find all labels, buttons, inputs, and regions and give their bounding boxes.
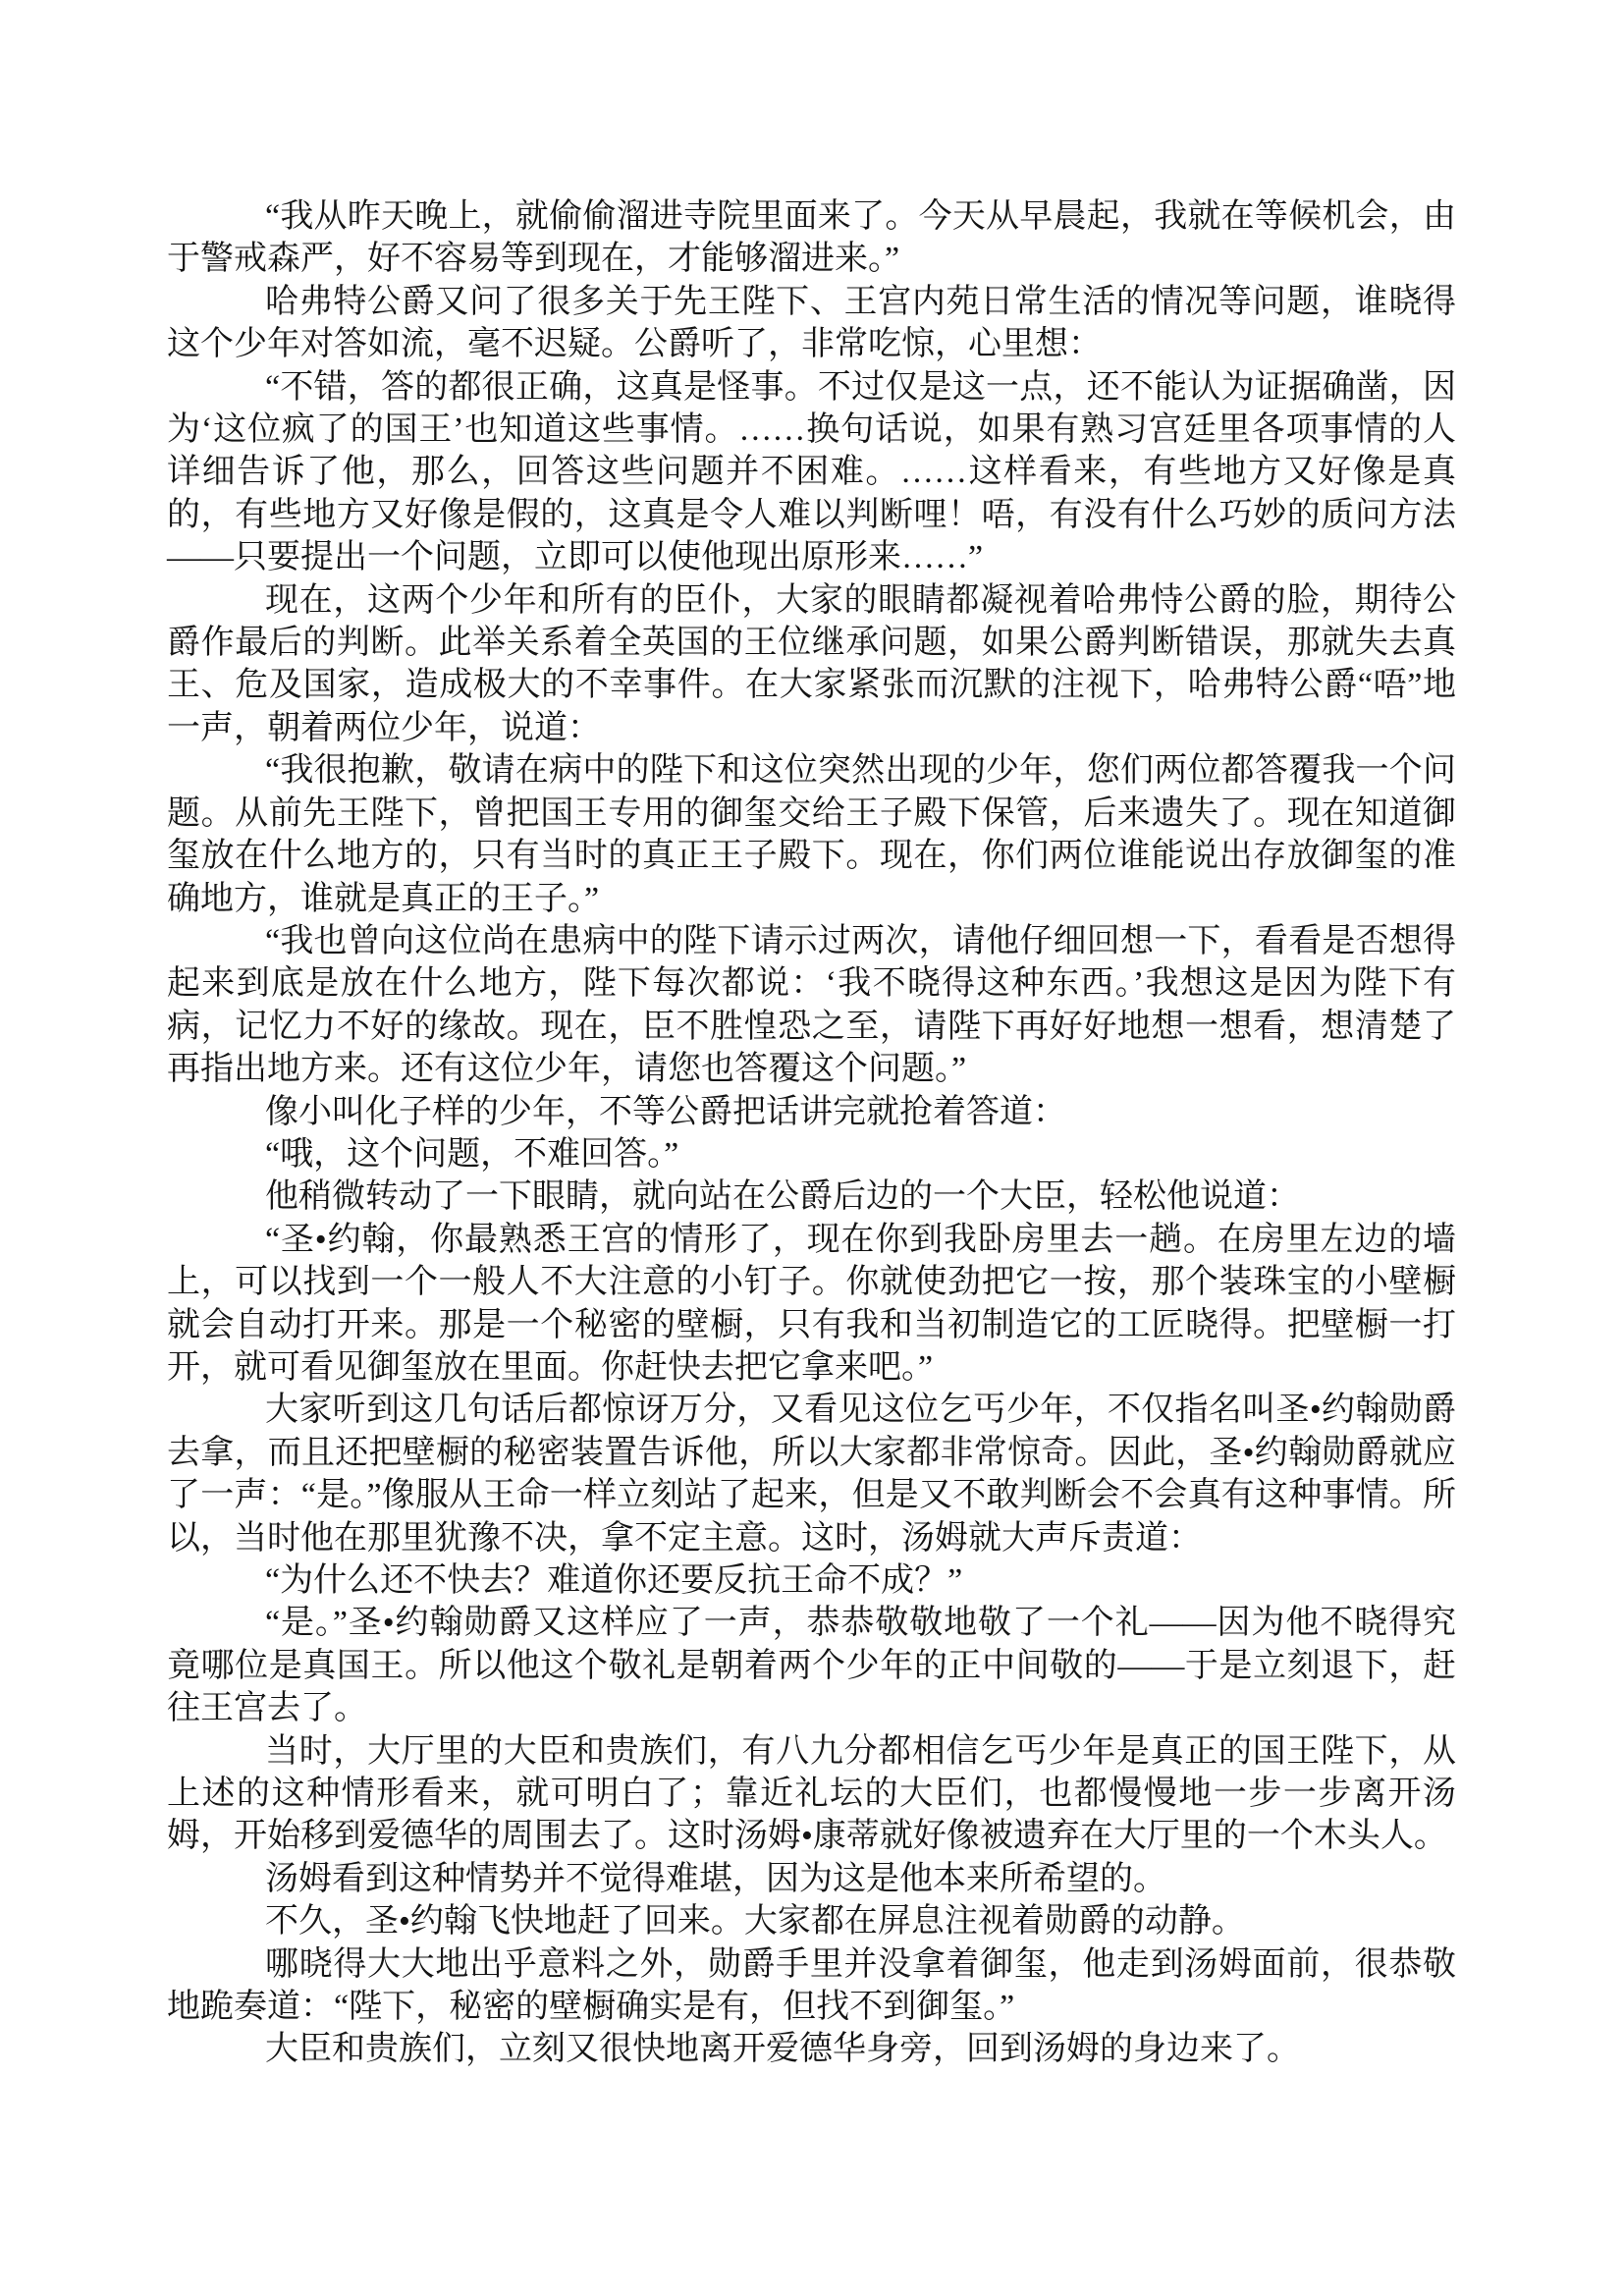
paragraph: 哈弗特公爵又问了很多关于先王陛下、王宫内苑日常生活的情况等问题，谁晓得这个少年对… — [167, 281, 1456, 366]
paragraph: 现在，这两个少年和所有的臣仆，大家的眼睛都凝视着哈弗恃公爵的脸，期待公爵作最后的… — [167, 579, 1456, 750]
paragraph: “不错，答的都很正确，这真是怪事。不过仅是这一点，还不能认为证据确凿，因为‘这位… — [167, 366, 1456, 579]
paragraph: “是。”圣•约翰勋爵又这样应了一声，恭恭敬敬地敬了一个礼——因为他不晓得究竟哪位… — [167, 1602, 1456, 1729]
paragraph: 大家听到这几句话后都惊讶万分，又看见这位乞丐少年，不仅指名叫圣•约翰勋爵去拿，而… — [167, 1389, 1456, 1559]
paragraph: “我从昨天晚上，就偷偷溜进寺院里面来了。今天从早晨起，我就在等候机会，由于警戒森… — [167, 195, 1456, 281]
paragraph: 像小叫化子样的少年，不等公爵把话讲完就抢着答道： — [167, 1091, 1456, 1133]
paragraph: “我很抱歉，敬请在病中的陛下和这位突然出现的少年，您们两位都答覆我一个问题。从前… — [167, 749, 1456, 920]
paragraph: 哪晓得大大地出乎意料之外，勋爵手里并没拿着御玺，他走到汤姆面前，很恭敬地跪奏道：… — [167, 1943, 1456, 2029]
paragraph: 汤姆看到这种情势并不觉得难堪，因为这是他本来所希望的。 — [167, 1858, 1456, 1900]
paragraph: 他稍微转动了一下眼睛，就向站在公爵后边的一个大臣，轻松他说道： — [167, 1175, 1456, 1218]
paragraph: “为什么还不快去？难道你还要反抗王命不成？” — [167, 1559, 1456, 1602]
paragraph: 当时，大厅里的大臣和贵族们，有八九分都相信乞丐少年是真正的国王陛下，从上述的这种… — [167, 1730, 1456, 1858]
paragraph: “我也曾向这位尚在患病中的陛下请示过两次，请他仔细回想一下，看看是否想得起来到底… — [167, 920, 1456, 1091]
paragraph: “圣•约翰，你最熟悉王宫的情形了，现在你到我卧房里去一趟。在房里左边的墙上，可以… — [167, 1219, 1456, 1390]
book-page: “我从昨天晚上，就偷偷溜进寺院里面来了。今天从早晨起，我就在等候机会，由于警戒森… — [0, 0, 1623, 2296]
paragraph: 大臣和贵族们，立刻又很快地离开爱德华身旁，回到汤姆的身边来了。 — [167, 2028, 1456, 2070]
paragraph: “哦，这个问题，不难回答。” — [167, 1133, 1456, 1175]
page-text-block: “我从昨天晚上，就偷偷溜进寺院里面来了。今天从早晨起，我就在等候机会，由于警戒森… — [167, 195, 1456, 2071]
paragraph: 不久，圣•约翰飞快地赶了回来。大家都在屏息注视着勋爵的动静。 — [167, 1900, 1456, 1942]
